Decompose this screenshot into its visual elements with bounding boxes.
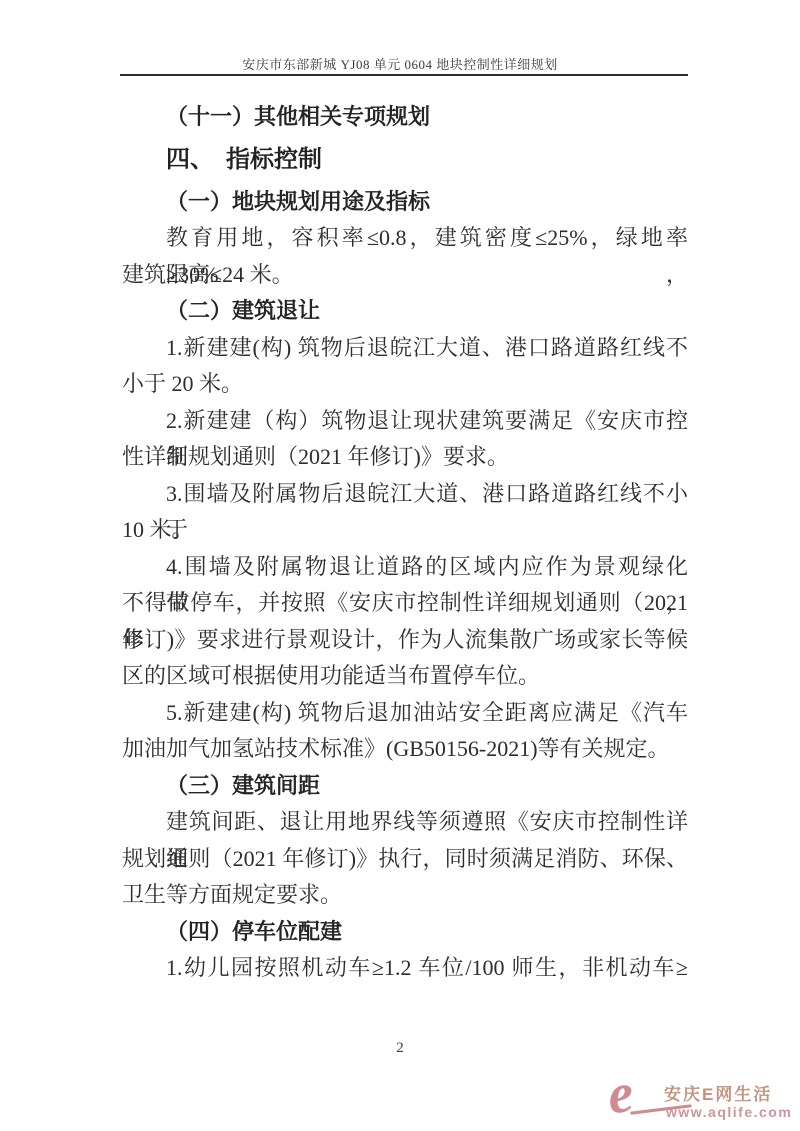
paragraph-line: 教育用地，容积率≤0.8，建筑密度≤25%，绿地率≥30%， bbox=[122, 220, 688, 257]
paragraph-line: 卫生等方面规定要求。 bbox=[122, 877, 688, 914]
header-divider bbox=[120, 74, 688, 76]
paragraph-line: 不得做停车，并按照《安庆市控制性详细规划通则（2021 年 bbox=[122, 585, 688, 622]
aqlife-watermark: e 安庆E网生活 www.aqlife.com bbox=[602, 1060, 798, 1128]
document-page: 安庆市东部新城 YJ08 单元 0604 地块控制性详细规划 （十一）其他相关专… bbox=[0, 0, 800, 1131]
page-number: 2 bbox=[0, 1040, 800, 1057]
section-heading: （一）地块规划用途及指标 bbox=[122, 184, 688, 221]
paragraph-line: 1.幼儿园按照机动车≥1.2 车位/100 师生，非机动车≥ bbox=[122, 950, 688, 987]
document-body: （十一）其他相关专项规划四、 指标控制（一）地块规划用途及指标教育用地，容积率≤… bbox=[122, 99, 688, 987]
paragraph-line: 3.围墙及附属物后退皖江大道、港口路道路红线不小于 bbox=[122, 476, 688, 513]
paragraph-line: 修订)》要求进行景观设计，作为人流集散广场或家长等候 bbox=[122, 622, 688, 659]
section-heading: （四）停车位配建 bbox=[122, 914, 688, 951]
watermark-site-name: 安庆E网生活 bbox=[664, 1080, 772, 1105]
paragraph-line: 4.围墙及附属物退让道路的区域内应作为景观绿化带， bbox=[122, 549, 688, 586]
paragraph-line: 性详细规划通则（2021 年修订)》要求。 bbox=[122, 439, 688, 476]
section-heading: 四、 指标控制 bbox=[122, 136, 688, 184]
watermark-site-url: www.aqlife.com bbox=[666, 1104, 792, 1120]
page-header-title: 安庆市东部新城 YJ08 单元 0604 地块控制性详细规划 bbox=[0, 54, 800, 73]
paragraph-line: 加油加气加氢站技术标准》(GB50156-2021)等有关规定。 bbox=[122, 731, 688, 768]
section-heading: （三）建筑间距 bbox=[122, 768, 688, 805]
paragraph-line: 建筑间距、退让用地界线等须遵照《安庆市控制性详细 bbox=[122, 804, 688, 841]
paragraph-line: 区的区域可根据使用功能适当布置停车位。 bbox=[122, 658, 688, 695]
logo-swoosh-icon bbox=[630, 1104, 692, 1115]
paragraph-line: 1.新建建(构) 筑物后退皖江大道、港口路道路红线不 bbox=[122, 330, 688, 367]
section-heading: （二）建筑退让 bbox=[122, 293, 688, 330]
aqlife-logo-icon: e bbox=[605, 1065, 636, 1123]
paragraph-line: 5.新建建(构) 筑物后退加油站安全距离应满足《汽车 bbox=[122, 695, 688, 732]
paragraph-line: 2.新建建（构）筑物退让现状建筑要满足《安庆市控制 bbox=[122, 403, 688, 440]
paragraph-line: 小于 20 米。 bbox=[122, 366, 688, 403]
paragraph-line: 规划通则（2021 年修订)》执行，同时须满足消防、环保、 bbox=[122, 841, 688, 878]
section-heading: （十一）其他相关专项规划 bbox=[122, 99, 688, 136]
paragraph-line: 10 米。 bbox=[122, 512, 688, 549]
